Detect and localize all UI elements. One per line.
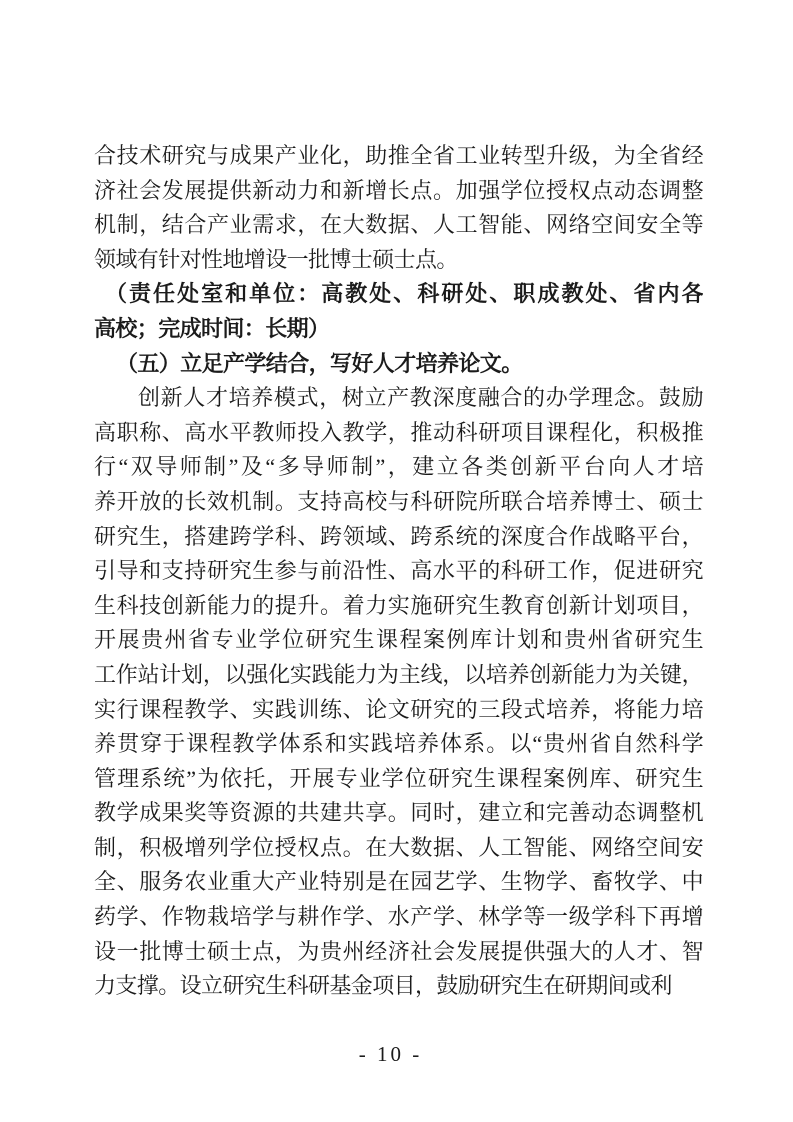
text-line: 开展贵州省专业学位研究生课程案例库计划和贵州省研究生 <box>94 623 703 658</box>
text-line: 力支撑。设立研究生科研基金项目，鼓励研究生在研期间或利 <box>94 969 703 1004</box>
text-line: 药学、作物栽培学与耕作学、水产学、林学等一级学科下再增 <box>94 900 703 935</box>
text-line: 管理系统”为依托，开展专业学位研究生课程案例库、研究生 <box>94 762 703 797</box>
page-number: - 10 - <box>0 1042 781 1067</box>
text-line: 制，积极增列学位授权点。在大数据、人工智能、网络空间安 <box>94 831 703 866</box>
text-line: 创新人才培养模式，树立产教深度融合的办学理念。鼓励 <box>94 381 703 416</box>
text-line: 机制，结合产业需求，在大数据、人工智能、网络空间安全等 <box>94 208 703 243</box>
text-line: 研究生，搭建跨学科、跨领域、跨系统的深度合作战略平台， <box>94 520 703 555</box>
text-line-responsibility: 高校；完成时间：长期） <box>94 312 703 347</box>
text-line: 高职称、高水平教师投入教学，推动科研项目课程化，积极推 <box>94 416 703 451</box>
text-line-responsibility: （责任处室和单位：高教处、科研处、职成教处、省内各 <box>94 277 703 312</box>
text-line: 合技术研究与成果产业化，助推全省工业转型升级，为全省经 <box>94 139 703 174</box>
text-line: 设一批博士硕士点，为贵州经济社会发展提供强大的人才、智 <box>94 935 703 970</box>
text-line: 行“双导师制”及“多导师制”，建立各类创新平台向人才培 <box>94 450 703 485</box>
text-line: 养开放的长效机制。支持高校与科研院所联合培养博士、硕士 <box>94 485 703 520</box>
text-line: 生科技创新能力的提升。着力实施研究生教育创新计划项目， <box>94 589 703 624</box>
text-line: 全、服务农业重大产业特别是在园艺学、生物学、畜牧学、中 <box>94 865 703 900</box>
text-block: 合技术研究与成果产业化，助推全省工业转型升级，为全省经 济社会发展提供新动力和新… <box>94 139 703 1004</box>
text-line: 工作站计划，以强化实践能力为主线，以培养创新能力为关键， <box>94 658 703 693</box>
text-line-section-heading: （五）立足产学结合，写好人才培养论文。 <box>94 347 703 382</box>
text-line: 教学成果奖等资源的共建共享。同时，建立和完善动态调整机 <box>94 796 703 831</box>
document-page: 合技术研究与成果产业化，助推全省工业转型升级，为全省经 济社会发展提供新动力和新… <box>0 0 793 1122</box>
text-line: 养贯穿于课程教学体系和实践培养体系。以“贵州省自然科学 <box>94 727 703 762</box>
text-line: 领域有针对性地增设一批博士硕士点。 <box>94 243 703 278</box>
text-line: 引导和支持研究生参与前沿性、高水平的科研工作，促进研究 <box>94 554 703 589</box>
text-line: 实行课程教学、实践训练、论文研究的三段式培养，将能力培 <box>94 693 703 728</box>
text-line: 济社会发展提供新动力和新增长点。加强学位授权点动态调整 <box>94 174 703 209</box>
